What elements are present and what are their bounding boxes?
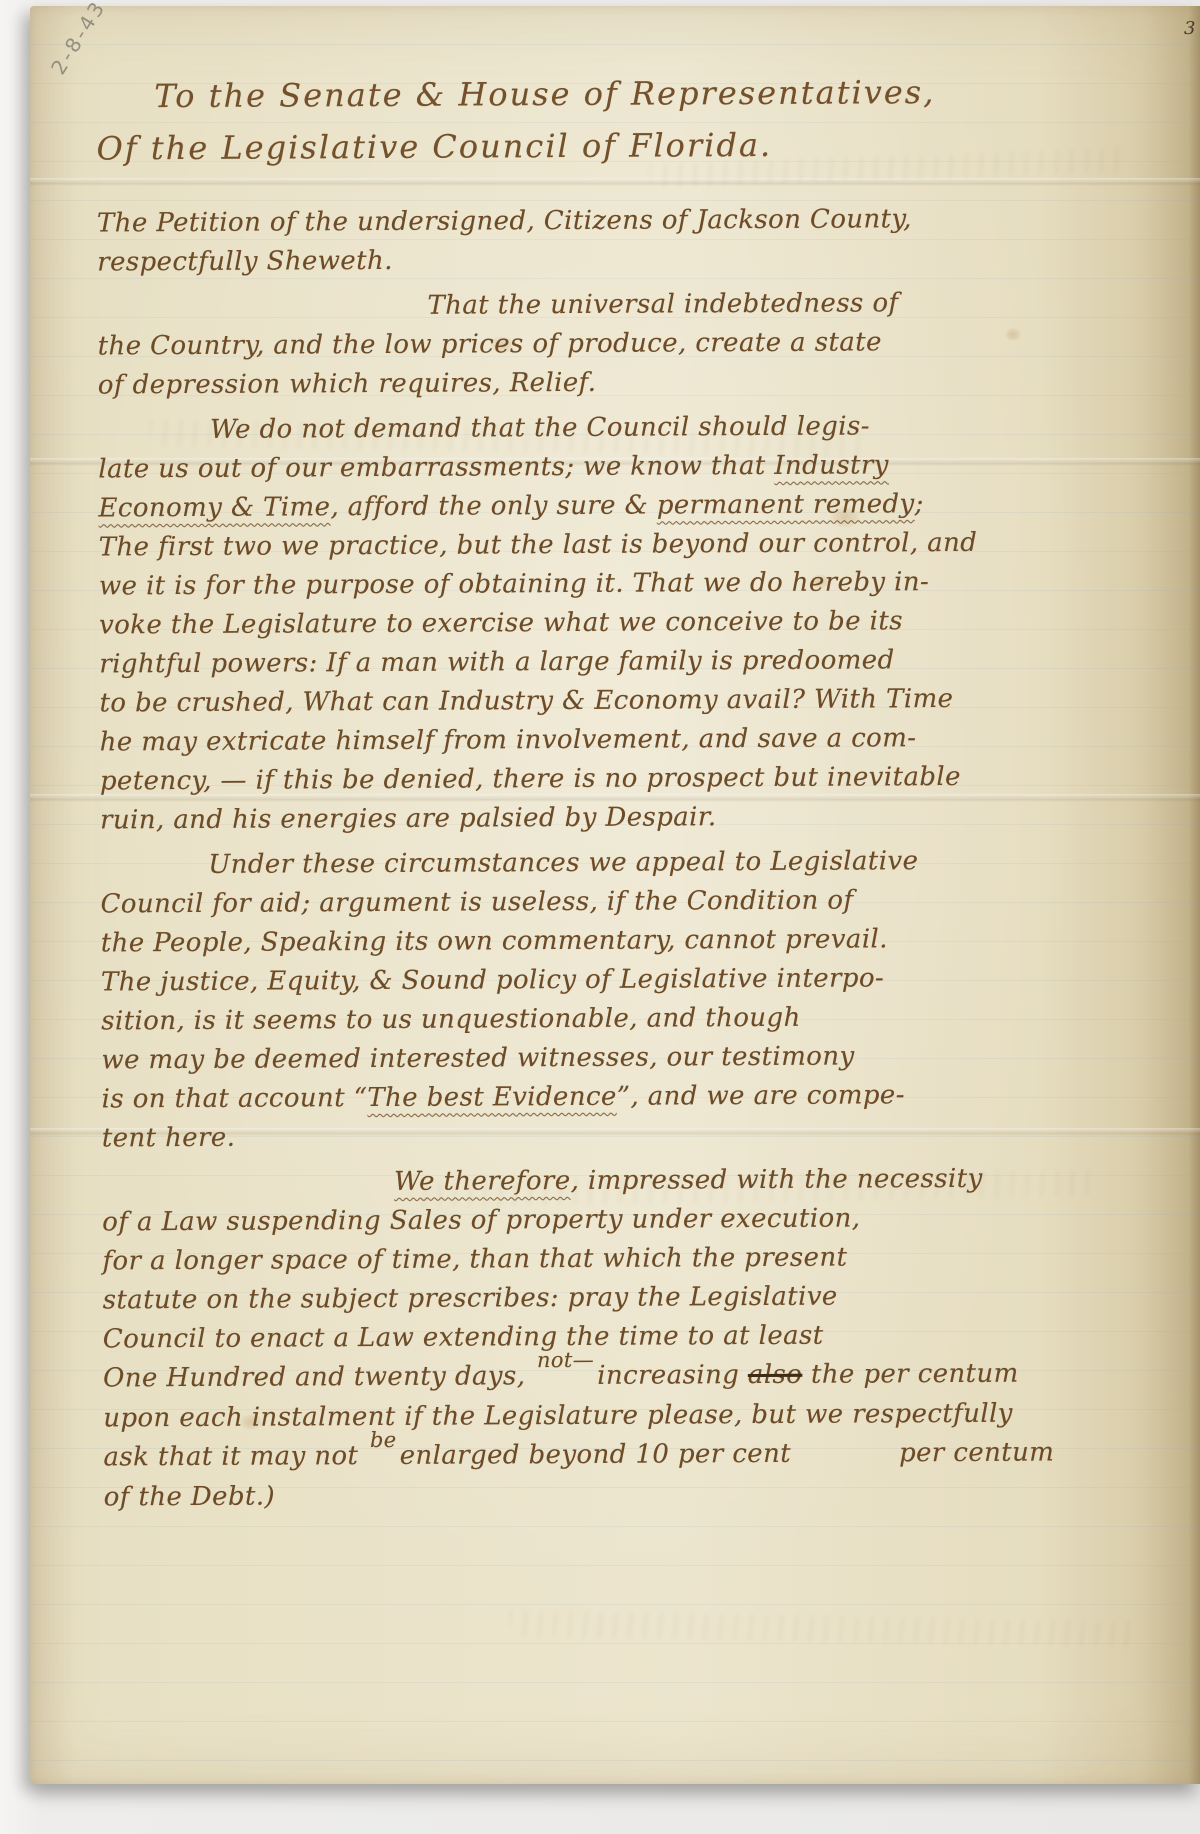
text-segment: statute on the subject prescribes: pray … — [103, 1282, 838, 1316]
text-segment: , afford the only sure & — [330, 491, 657, 523]
text-segment: Council for aid; argument is useless, if… — [101, 885, 854, 919]
manuscript-line: is on that account “The best Evidence”, … — [102, 1076, 1032, 1120]
manuscript-line: The first two we practice, but the last … — [99, 524, 1029, 568]
text-segment: permanent remedy — [657, 489, 915, 520]
text-segment: The Petition of the undersigned, Citizen… — [97, 204, 912, 238]
text-segment: ruin, and his energies are palsied by De… — [100, 802, 717, 835]
text-segment: the People, Speaking its own commentary,… — [101, 924, 888, 958]
manuscript-line: One Hundred and twenty days, not—increas… — [103, 1355, 1033, 1400]
manuscript-line: late us out of our embarrassments; we kn… — [98, 446, 1028, 490]
text-segment: the Country, and the low prices of produ… — [98, 327, 882, 361]
text-segment: The first two we practice, but the last … — [99, 528, 978, 563]
manuscript-line: The Petition of the undersigned, Citizen… — [97, 200, 1027, 244]
manuscript-line: rightful powers: If a man with a large f… — [99, 641, 1029, 685]
text-segment: for a longer space of time, than that wh… — [102, 1243, 847, 1277]
text-segment: To the Senate & House of Representatives… — [154, 73, 935, 115]
scan-backdrop: { "page": { "pencil_note": "2-8-43", "co… — [0, 0, 1200, 1834]
text-segment: , impressed with the necessity — [571, 1164, 983, 1196]
text-segment: Of the Legislative Council of Florida. — [97, 126, 773, 168]
text-segment: of a Law suspending Sales of property un… — [102, 1203, 860, 1237]
text-segment: of the Debt.) — [104, 1482, 275, 1513]
manuscript-line: We therefore, impressed with the necessi… — [102, 1160, 1032, 1204]
text-segment: petency, — if this be denied, there is n… — [100, 762, 961, 797]
text-segment: voke the Legislature to exercise what we… — [99, 606, 903, 640]
text-segment: increasing — [597, 1360, 748, 1391]
text-segment: One Hundred and twenty days, — [103, 1361, 534, 1393]
text-segment: That the universal indebtedness of — [427, 288, 898, 320]
bleedthrough-smudge — [510, 1611, 1130, 1648]
manuscript-line: of depression which requires, Relief. — [98, 362, 1028, 406]
text-segment: to be crushed, What can Industry & Econo… — [99, 684, 953, 718]
text-segment: not— — [537, 1348, 594, 1372]
text-segment: late us out of our embarrassments; we kn… — [98, 451, 774, 485]
text-segment: We do not demand that the Council should… — [210, 411, 870, 444]
text-segment: The best Evidence — [367, 1082, 616, 1113]
manuscript-line: tent here. — [102, 1115, 1032, 1159]
manuscript-line: ask that it may not beenlarged beyond 10… — [103, 1434, 1033, 1479]
text-segment: the per centum — [802, 1359, 1019, 1390]
manuscript-heading-line: To the Senate & House of Representatives… — [96, 66, 1026, 123]
manuscript-line: of the Debt.) — [104, 1474, 1034, 1518]
manuscript-line: we may be deemed interested witnesses, o… — [101, 1037, 1031, 1081]
manuscript-line: he may extricate himself from involvemen… — [100, 719, 1030, 763]
text-segment: We therefore — [394, 1166, 571, 1197]
manuscript-line: Council for aid; argument is useless, if… — [100, 881, 1030, 925]
manuscript-line: petency, — if this be denied, there is n… — [100, 758, 1030, 802]
manuscript-lines: To the Senate & House of Representatives… — [96, 66, 1034, 1518]
manuscript-line: for a longer space of time, than that wh… — [102, 1238, 1032, 1282]
text-segment: he may extricate himself from involvemen… — [100, 723, 917, 757]
text-segment: Industry — [774, 450, 889, 481]
manuscript-line: sition, is it seems to us unquestionable… — [101, 998, 1031, 1042]
text-segment: we may be deemed interested witnesses, o… — [101, 1041, 854, 1075]
manuscript-line: Under these circumstances we appeal to L… — [100, 842, 1030, 886]
text-segment: ”, and we are compe- — [617, 1080, 905, 1112]
text-segment: be — [370, 1428, 397, 1452]
text-segment: rightful powers: If a man with a large f… — [99, 645, 894, 679]
text-segment: also — [748, 1360, 803, 1390]
text-segment: per centum — [899, 1437, 1054, 1468]
manuscript-heading-line: Of the Legislative Council of Florida. — [96, 118, 1026, 175]
text-segment: tent here. — [102, 1123, 236, 1154]
text-segment: of depression which requires, Relief. — [98, 368, 597, 401]
manuscript-line: voke the Legislature to exercise what we… — [99, 602, 1029, 646]
manuscript-line: The justice, Equity, & Sound policy of L… — [101, 959, 1031, 1003]
text-segment: ask that it may not — [103, 1441, 367, 1472]
manuscript-line: statute on the subject prescribes: pray … — [103, 1277, 1033, 1321]
text-segment: Council to enact a Law extending the tim… — [103, 1321, 824, 1355]
text-segment: we it is for the purpose of obtaining it… — [99, 567, 929, 601]
manuscript-line: the Country, and the low prices of produ… — [98, 323, 1028, 367]
text-segment: enlarged beyond 10 per cent — [400, 1439, 792, 1471]
text-segment: Under these circumstances we appeal to L… — [208, 846, 918, 880]
manuscript-line: upon each instalment if the Legislature … — [103, 1395, 1033, 1439]
manuscript-line: to be crushed, What can Industry & Econo… — [99, 680, 1029, 724]
text-segment: upon each instalment if the Legislature … — [103, 1399, 1013, 1434]
text-segment: is on that account “ — [102, 1083, 368, 1114]
manuscript-line: That the universal indebtedness of — [97, 284, 1027, 328]
text-segment: Economy & Time — [98, 492, 330, 523]
text-segment: respectfully Sheweth. — [97, 246, 393, 278]
text-segment: sition, is it seems to us unquestionable… — [101, 1003, 801, 1037]
manuscript-line: respectfully Sheweth. — [97, 239, 1027, 283]
manuscript-line: Economy & Time, afford the only sure & p… — [98, 485, 1028, 529]
manuscript-line: of a Law suspending Sales of property un… — [102, 1199, 1032, 1243]
manuscript-line: we it is for the purpose of obtaining it… — [99, 563, 1029, 607]
manuscript-line: the People, Speaking its own commentary,… — [101, 920, 1031, 964]
text-segment — [791, 1461, 899, 1462]
manuscript-line: ruin, and his energies are palsied by De… — [100, 797, 1030, 841]
text-segment: The justice, Equity, & Sound policy of L… — [101, 963, 884, 997]
text-segment: ; — [914, 489, 923, 519]
manuscript-line: We do not demand that the Council should… — [98, 407, 1028, 451]
page-corner-mark: 3 — [1184, 18, 1195, 39]
